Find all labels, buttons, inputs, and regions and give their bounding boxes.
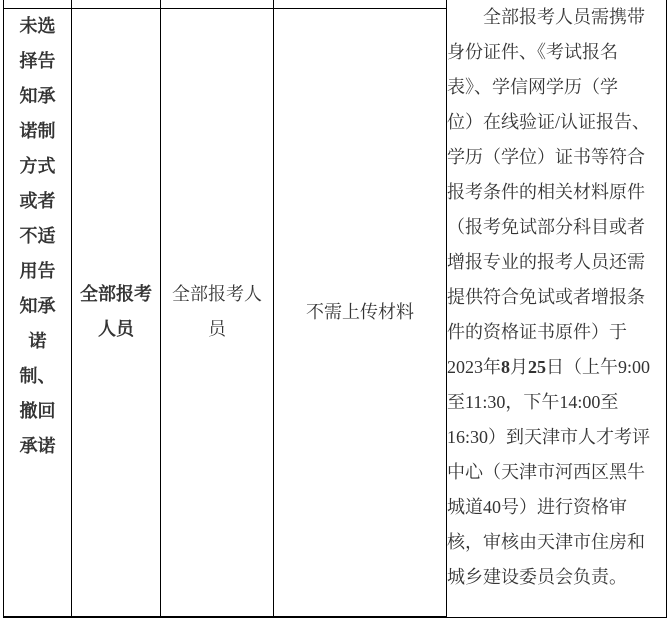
cell-commitment-category: 未选 择告 知承 诺制 方式 或者 不适 用告 知承 诺 制、 撤回 承诺 xyxy=(4,8,72,617)
review-detail-bold-segment: 8 xyxy=(501,357,510,377)
previous-row-cell-3 xyxy=(161,0,274,8)
cell-upload-requirement: 不需上传材料 xyxy=(274,8,447,617)
review-detail-segment: 月 xyxy=(510,357,528,377)
exam-onsite-review-table: 全部报考人员需携带 身份证件、《考试报名 表》、学信网学历（学 位）在线验证/认… xyxy=(3,0,667,618)
previous-row-cell-2 xyxy=(72,0,161,8)
cell-applicant-group: 全部报考 人员 xyxy=(72,8,161,617)
document-page: 全部报考人员需携带 身份证件、《考试报名 表》、学信网学历（学 位）在线验证/认… xyxy=(0,0,668,624)
cell-applicant-scope: 全部报考人 员 xyxy=(161,8,274,617)
review-detail-segment: 全部报考人员需携带 身份证件、《考试报名 表》、学信网学历（学 位）在线验证/认… xyxy=(447,7,650,377)
previous-row-remnant: 全部报考人员需携带 身份证件、《考试报名 表》、学信网学历（学 位）在线验证/认… xyxy=(4,0,667,8)
review-detail-segment: 日（上午9:00 至11:30，下午14:00至 16:30）到天津市人才考评 … xyxy=(447,357,650,587)
cell-onsite-review-detail: 全部报考人员需携带 身份证件、《考试报名 表》、学信网学历（学 位）在线验证/认… xyxy=(447,0,667,617)
previous-row-cell-4 xyxy=(274,0,447,8)
review-detail-bold-segment: 25 xyxy=(528,357,546,377)
previous-row-cell-1 xyxy=(4,0,72,8)
